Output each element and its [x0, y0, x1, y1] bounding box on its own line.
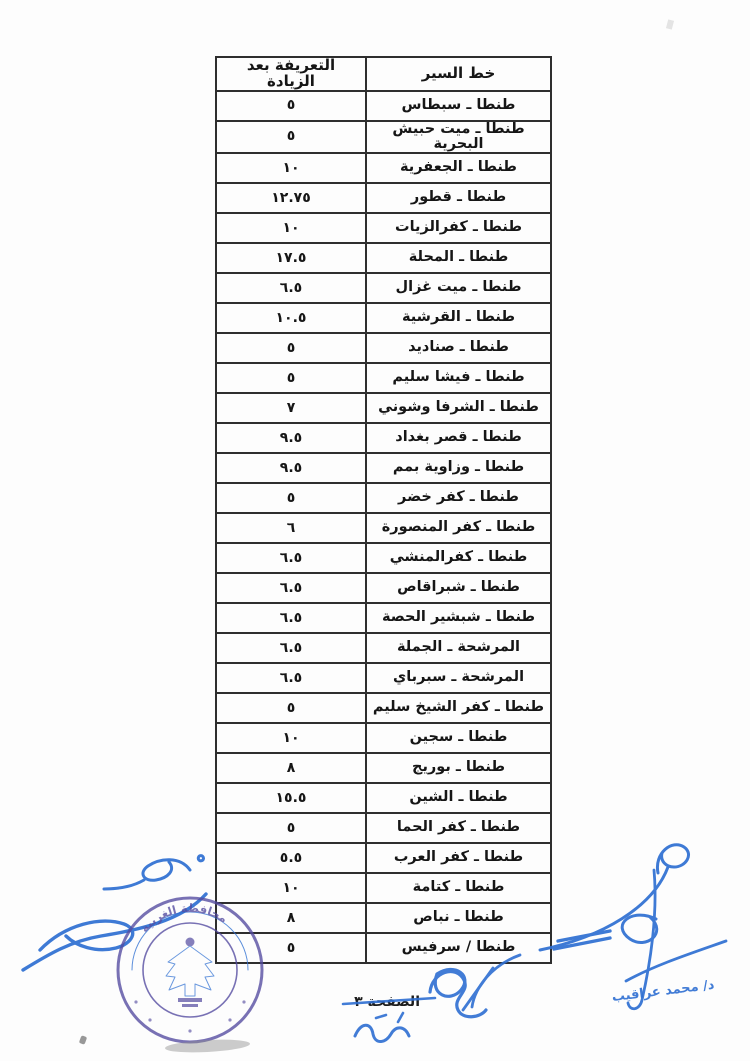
signature-left-icon	[18, 840, 223, 975]
table-row: طنطا ـ الشرفا وشوني ٧	[216, 393, 551, 423]
tariff-cell: ٦.٥	[216, 273, 366, 303]
tariff-cell: ١٠.٥	[216, 303, 366, 333]
tariff-cell: ٥	[216, 933, 366, 963]
route-cell: طنطا ـ قطور	[366, 183, 551, 213]
table-row: طنطا ـ كفر المنصورة ٦	[216, 513, 551, 543]
tariff-cell: ٧	[216, 393, 366, 423]
tariff-cell: ٥	[216, 121, 366, 153]
route-cell: طنطا ـ كفرالزيات	[366, 213, 551, 243]
route-cell: طنطا ـ كتامة	[366, 873, 551, 903]
route-cell: طنطا ـ شبراقاص	[366, 573, 551, 603]
route-cell: طنطا ـ كفر الحما	[366, 813, 551, 843]
tariff-cell: ٥.٥	[216, 843, 366, 873]
tariff-cell: ٩.٥	[216, 453, 366, 483]
route-cell: طنطا ـ الشرفا وشوني	[366, 393, 551, 423]
route-cell: طنطا ـ كفرالمنشي	[366, 543, 551, 573]
table-row: طنطا ـ الشين ١٥.٥	[216, 783, 551, 813]
table-row: طنطا ـ نباص ٨	[216, 903, 551, 933]
table-row: طنطا ـ سبطاس ٥	[216, 91, 551, 121]
route-cell: طنطا ـ قصر بغداد	[366, 423, 551, 453]
route-cell: طنطا ـ وزاوية بمم	[366, 453, 551, 483]
tariff-cell: ٨	[216, 903, 366, 933]
route-cell: طنطا ـ نباص	[366, 903, 551, 933]
scan-faint-mark	[666, 19, 674, 29]
route-cell: المرشحة ـ سبرباي	[366, 663, 551, 693]
tariff-cell: ١٧.٥	[216, 243, 366, 273]
tariff-cell: ١٠	[216, 873, 366, 903]
tariff-cell: ١٠	[216, 153, 366, 183]
tariff-cell: ٥	[216, 91, 366, 121]
scan-smudge	[165, 1038, 251, 1054]
table-row: طنطا ـ قطور ١٢.٧٥	[216, 183, 551, 213]
route-cell: طنطا ـ كفر خضر	[366, 483, 551, 513]
signature-right-icon	[530, 815, 750, 1061]
table-header-row: خط السير التعريفة بعد الزيادة	[216, 57, 551, 91]
table-row: المرشحة ـ الجملة ٦.٥	[216, 633, 551, 663]
tariff-cell: ٦.٥	[216, 543, 366, 573]
table-row: المرشحة ـ سبرباي ٦.٥	[216, 663, 551, 693]
route-cell: طنطا ـ ميت غزال	[366, 273, 551, 303]
tariff-cell: ٦.٥	[216, 633, 366, 663]
route-cell: طنطا ـ كفر العرب	[366, 843, 551, 873]
tariff-cell: ٦	[216, 513, 366, 543]
tariff-cell: ١٢.٧٥	[216, 183, 366, 213]
tariff-cell: ٦.٥	[216, 663, 366, 693]
table-row: طنطا ـ وزاوية بمم ٩.٥	[216, 453, 551, 483]
table-header-tariff: التعريفة بعد الزيادة	[216, 57, 366, 91]
table-row: طنطا ـ صناديد ٥	[216, 333, 551, 363]
table-row: طنطا ـ كفرالمنشي ٦.٥	[216, 543, 551, 573]
route-cell: طنطا ـ الشين	[366, 783, 551, 813]
table-row: طنطا ـ قصر بغداد ٩.٥	[216, 423, 551, 453]
table-row: طنطا ـ كفرالزيات ١٠	[216, 213, 551, 243]
table-row: طنطا ـ المحلة ١٧.٥	[216, 243, 551, 273]
route-cell: طنطا ـ الجعفرية	[366, 153, 551, 183]
tariff-cell: ٥	[216, 693, 366, 723]
tariff-cell: ٥	[216, 333, 366, 363]
tariff-cell: ١٠	[216, 723, 366, 753]
table-row: طنطا ـ كفر الحما ٥	[216, 813, 551, 843]
table-row: طنطا ـ الجعفرية ١٠	[216, 153, 551, 183]
table-row: طنطا ـ كفر العرب ٥.٥	[216, 843, 551, 873]
route-cell: طنطا ـ سبطاس	[366, 91, 551, 121]
fare-table: خط السير التعريفة بعد الزيادة طنطا ـ سبط…	[215, 56, 552, 964]
eagle-emblem	[166, 938, 214, 1008]
table-row: طنطا ـ كفر الشيخ سليم ٥	[216, 693, 551, 723]
page-number-label: الصفحة ٣	[340, 994, 420, 1010]
table-row: طنطا ـ بوريج ٨	[216, 753, 551, 783]
table-row: طنطا ـ فيشا سليم ٥	[216, 363, 551, 393]
tariff-cell: ٥	[216, 813, 366, 843]
route-cell: طنطا ـ كفر الشيخ سليم	[366, 693, 551, 723]
tariff-cell: ٩.٥	[216, 423, 366, 453]
route-cell: طنطا ـ ميت حبيش البحرية	[366, 121, 551, 153]
approver-name-note: د/ محمد عراقيب	[545, 978, 716, 1014]
table-row: طنطا ـ ميت حبيش البحرية ٥	[216, 121, 551, 153]
table-row: طنطا ـ شبراقاص ٦.٥	[216, 573, 551, 603]
table-row: طنطا ـ كفر خضر ٥	[216, 483, 551, 513]
table-row: طنطا ـ القرشية ١٠.٥	[216, 303, 551, 333]
document-page: خط السير التعريفة بعد الزيادة طنطا ـ سبط…	[0, 0, 750, 1061]
route-cell: المرشحة ـ الجملة	[366, 633, 551, 663]
route-cell: طنطا ـ القرشية	[366, 303, 551, 333]
tariff-cell: ١٥.٥	[216, 783, 366, 813]
tariff-cell: ٦.٥	[216, 573, 366, 603]
route-cell: طنطا ـ المحلة	[366, 243, 551, 273]
table-row: طنطا ـ ميت غزال ٦.٥	[216, 273, 551, 303]
tariff-cell: ٥	[216, 363, 366, 393]
tariff-cell: ٨	[216, 753, 366, 783]
route-cell: طنطا ـ فيشا سليم	[366, 363, 551, 393]
table-row: طنطا ـ سجين ١٠	[216, 723, 551, 753]
table-row: طنطا / سرفيس ٥	[216, 933, 551, 963]
route-cell: طنطا ـ صناديد	[366, 333, 551, 363]
route-cell: طنطا ـ كفر المنصورة	[366, 513, 551, 543]
table-row: طنطا ـ كتامة ١٠	[216, 873, 551, 903]
tariff-cell: ٦.٥	[216, 603, 366, 633]
route-cell: طنطا ـ شبشير الحصة	[366, 603, 551, 633]
route-cell: طنطا ـ بوريج	[366, 753, 551, 783]
route-cell: طنطا ـ سجين	[366, 723, 551, 753]
route-cell: طنطا / سرفيس	[366, 933, 551, 963]
table-header-route: خط السير	[366, 57, 551, 91]
scan-speck	[79, 1035, 87, 1045]
tariff-cell: ٥	[216, 483, 366, 513]
table-row: طنطا ـ شبشير الحصة ٦.٥	[216, 603, 551, 633]
fare-table-body: طنطا ـ سبطاس ٥ طنطا ـ ميت حبيش البحرية ٥…	[216, 91, 551, 963]
tariff-cell: ١٠	[216, 213, 366, 243]
